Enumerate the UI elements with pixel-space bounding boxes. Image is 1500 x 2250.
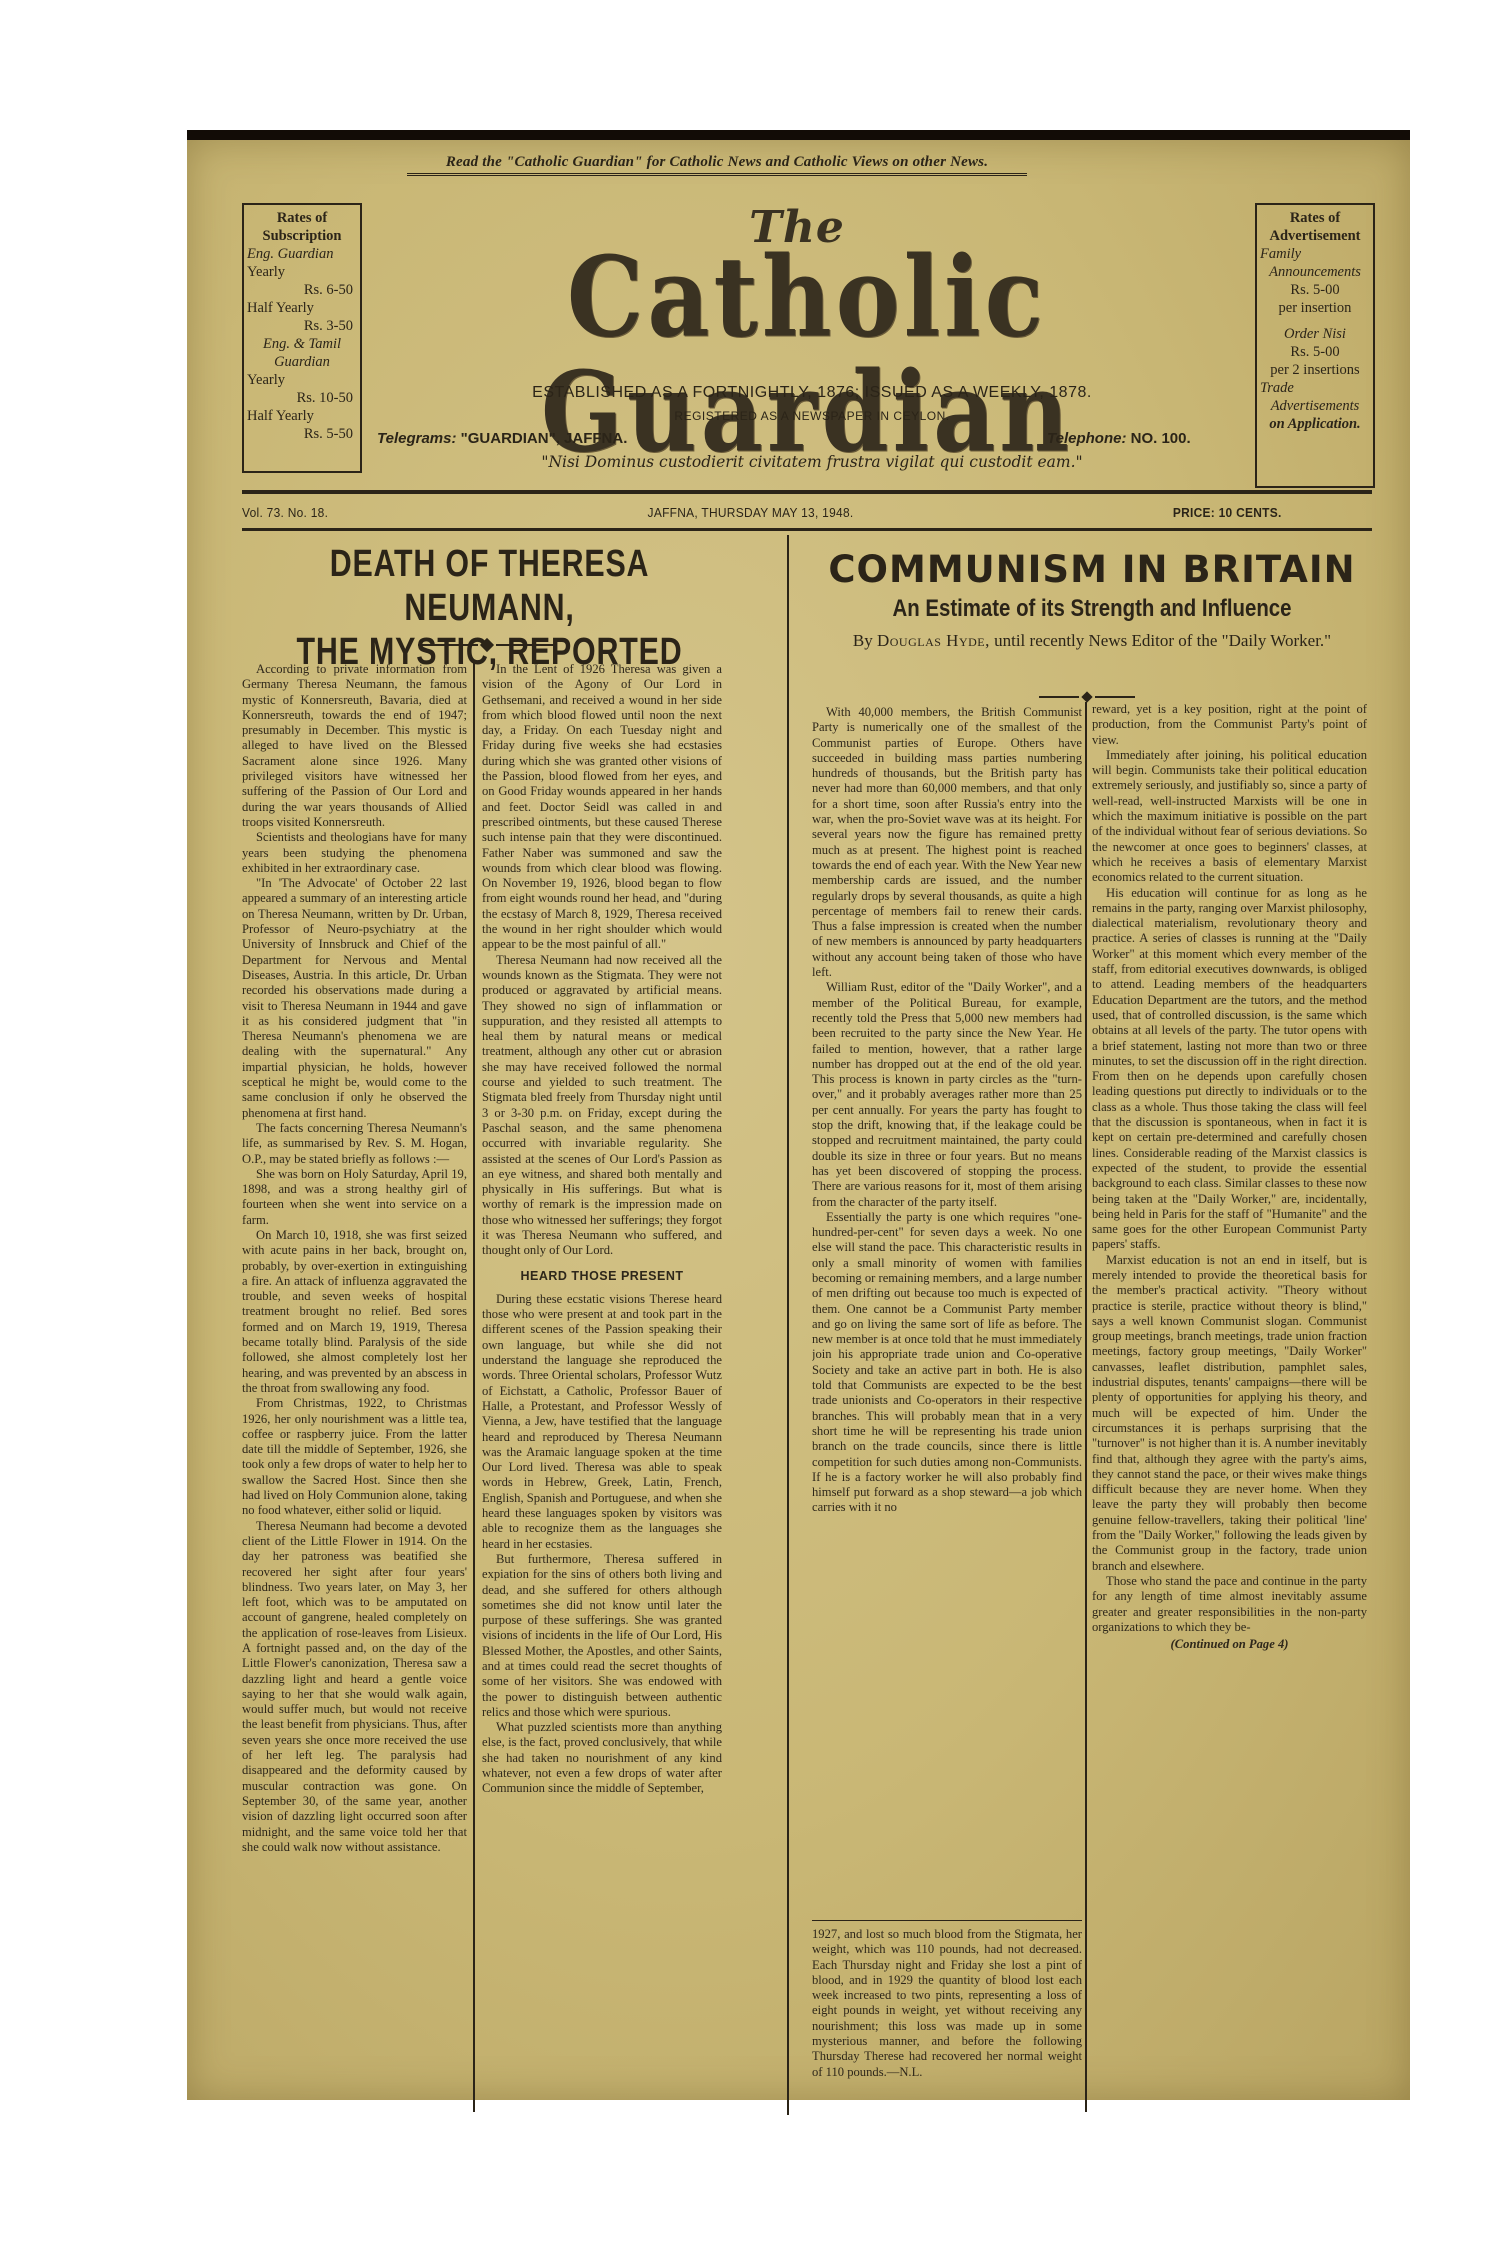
order-nisi-label: Order Nisi — [1260, 325, 1370, 343]
volume-number: Vol. 73. No. 18. — [242, 505, 328, 520]
newspaper-page: Read the "Catholic Guardian" for Catholi… — [187, 130, 1410, 2100]
telephone-line: Telephone: NO. 100. — [1047, 430, 1191, 447]
yearly-label-2: Yearly — [247, 371, 357, 389]
paragraph: But furthermore, Theresa suffered in exp… — [482, 1552, 722, 1720]
paragraph: Theresa Neumann had now received all the… — [482, 953, 722, 1259]
place-date: JAFFNA, THURSDAY MAY 13, 1948. — [648, 505, 854, 520]
paragraph: In the Lent of 1926 Theresa was given a … — [482, 662, 722, 953]
paragraph: reward, yet is a key position, right at … — [1092, 702, 1367, 748]
half-yearly-label-2: Half Yearly — [247, 407, 357, 425]
paragraph: From Christmas, 1922, to Christmas 1926,… — [242, 1396, 467, 1518]
byline-prefix: By — [853, 631, 873, 650]
paragraph: Immediately after joining, his political… — [1092, 748, 1367, 886]
trade-advertisements-label: Advertisements — [1260, 397, 1370, 415]
eng-guardian-label: Eng. Guardian — [247, 245, 357, 263]
price: PRICE: 10 CENTS. — [1173, 505, 1282, 520]
dateline-bottom-rule — [242, 528, 1372, 531]
latin-motto: "Nisi Dominus custodierit civitatem frus… — [397, 453, 1227, 471]
paragraph: What puzzled scientists more than anythi… — [482, 1720, 722, 1796]
paragraph: The facts concerning Theresa Neumann's l… — [242, 1121, 467, 1167]
dateline-top-rule — [242, 490, 1372, 494]
column-divider — [1085, 702, 1087, 2112]
registered-line: REGISTERED AS A NEWSPAPER IN CEYLON. — [397, 409, 1227, 423]
on-application-label: on Application. — [1260, 415, 1370, 433]
article-headline-communism: COMMUNISM IN BRITAIN — [812, 548, 1372, 592]
article-headline-neumann: DEATH OF THERESA NEUMANN, THE MYSTIC, RE… — [292, 542, 688, 674]
eng-tamil-label: Eng. & Tamil — [247, 335, 357, 353]
paragraph: Marxist education is not an end in itsel… — [1092, 1253, 1367, 1574]
paragraph: Those who stand the pace and continue in… — [1092, 1574, 1367, 1635]
paragraph: His education will continue for as long … — [1092, 886, 1367, 1253]
subscription-heading-2: Subscription — [247, 227, 357, 245]
paragraph: According to private information from Ge… — [242, 662, 467, 830]
family-price: Rs. 5-00 — [1260, 281, 1370, 299]
yearly-price: Rs. 6-50 — [247, 281, 357, 299]
subscription-heading: Rates of — [247, 209, 357, 227]
top-motto: Read the "Catholic Guardian" for Catholi… — [407, 154, 1027, 176]
order-nisi-unit: per 2 insertions — [1260, 361, 1370, 379]
half-yearly-label: Half Yearly — [247, 299, 357, 317]
article-column-1: According to private information from Ge… — [242, 662, 467, 2112]
article-subheadline: An Estimate of its Strength and Influenc… — [854, 595, 1330, 623]
paragraph: Scientists and theologians have for many… — [242, 830, 467, 876]
telegrams-label: Telegrams: — [377, 430, 456, 447]
telegrams-value: "GUARDIAN", JAFFNA. — [461, 430, 628, 447]
column-divider — [473, 662, 475, 2112]
family-unit: per insertion — [1260, 299, 1370, 317]
order-nisi-price: Rs. 5-00 — [1260, 343, 1370, 361]
paragraph: Theresa Neumann had become a devoted cli… — [242, 1519, 467, 1856]
article-column-2: In the Lent of 1926 Theresa was given a … — [482, 662, 722, 2112]
paragraph: William Rust, editor of the "Daily Worke… — [812, 980, 1082, 1209]
telephone-value: NO. 100. — [1131, 430, 1191, 447]
byline: By Douglas Hyde, until recently News Edi… — [812, 630, 1372, 651]
yearly-label: Yearly — [247, 263, 357, 281]
headline-ornament — [387, 640, 587, 650]
telephone-label: Telephone: — [1047, 430, 1126, 447]
neumann-continuation: 1927, and lost so much blood from the St… — [812, 1920, 1082, 2127]
half-yearly-price: Rs. 3-50 — [247, 317, 357, 335]
paragraph: Essentially the party is one which requi… — [812, 1210, 1082, 1516]
half-yearly-price-2: Rs. 5-50 — [247, 425, 357, 443]
yearly-price-2: Rs. 10-50 — [247, 389, 357, 407]
paragraph: On March 10, 1918, she was first seized … — [242, 1228, 467, 1396]
advert-heading: Rates of — [1260, 209, 1370, 227]
byline-author: Douglas Hyde, — [877, 631, 990, 650]
continued-on-page-link[interactable]: (Continued on Page 4) — [1092, 1637, 1367, 1652]
announcements-label: Announcements — [1260, 263, 1370, 281]
paragraph: "In 'The Advocate' of October 22 last ap… — [242, 876, 467, 1121]
byline-ornament — [987, 692, 1187, 702]
established-line: ESTABLISHED AS A FORTNIGHTLY, 1876; ISSU… — [397, 384, 1227, 402]
paragraph: With 40,000 members, the British Communi… — [812, 705, 1082, 980]
dateline: Vol. 73. No. 18. JAFFNA, THURSDAY MAY 13… — [242, 500, 1282, 524]
article-divider — [787, 535, 789, 2115]
eng-tamil-label-2: Guardian — [247, 353, 357, 371]
paragraph: During these ecstatic visions Therese he… — [482, 1292, 722, 1552]
article-column-4: reward, yet is a key position, right at … — [1092, 702, 1367, 2112]
trade-label: Trade — [1260, 379, 1370, 397]
advertisement-rates-box: Rates of Advertisement Family Announceme… — [1255, 203, 1375, 488]
telegrams-line: Telegrams: "GUARDIAN", JAFFNA. — [377, 430, 627, 447]
paragraph: 1927, and lost so much blood from the St… — [812, 1927, 1082, 2080]
byline-rest: until recently News Editor of the "Daily… — [994, 631, 1331, 650]
family-label: Family — [1260, 245, 1370, 263]
subheading-heard-those-present: HEARD THOSE PRESENT — [482, 1269, 722, 1284]
subscription-rates-box: Rates of Subscription Eng. Guardian Year… — [242, 203, 362, 473]
advert-heading-2: Advertisement — [1260, 227, 1370, 245]
paragraph: She was born on Holy Saturday, April 19,… — [242, 1167, 467, 1228]
headline-line-1: DEATH OF THERESA NEUMANN, — [292, 542, 688, 630]
article-column-3: With 40,000 members, the British Communi… — [812, 705, 1082, 2065]
